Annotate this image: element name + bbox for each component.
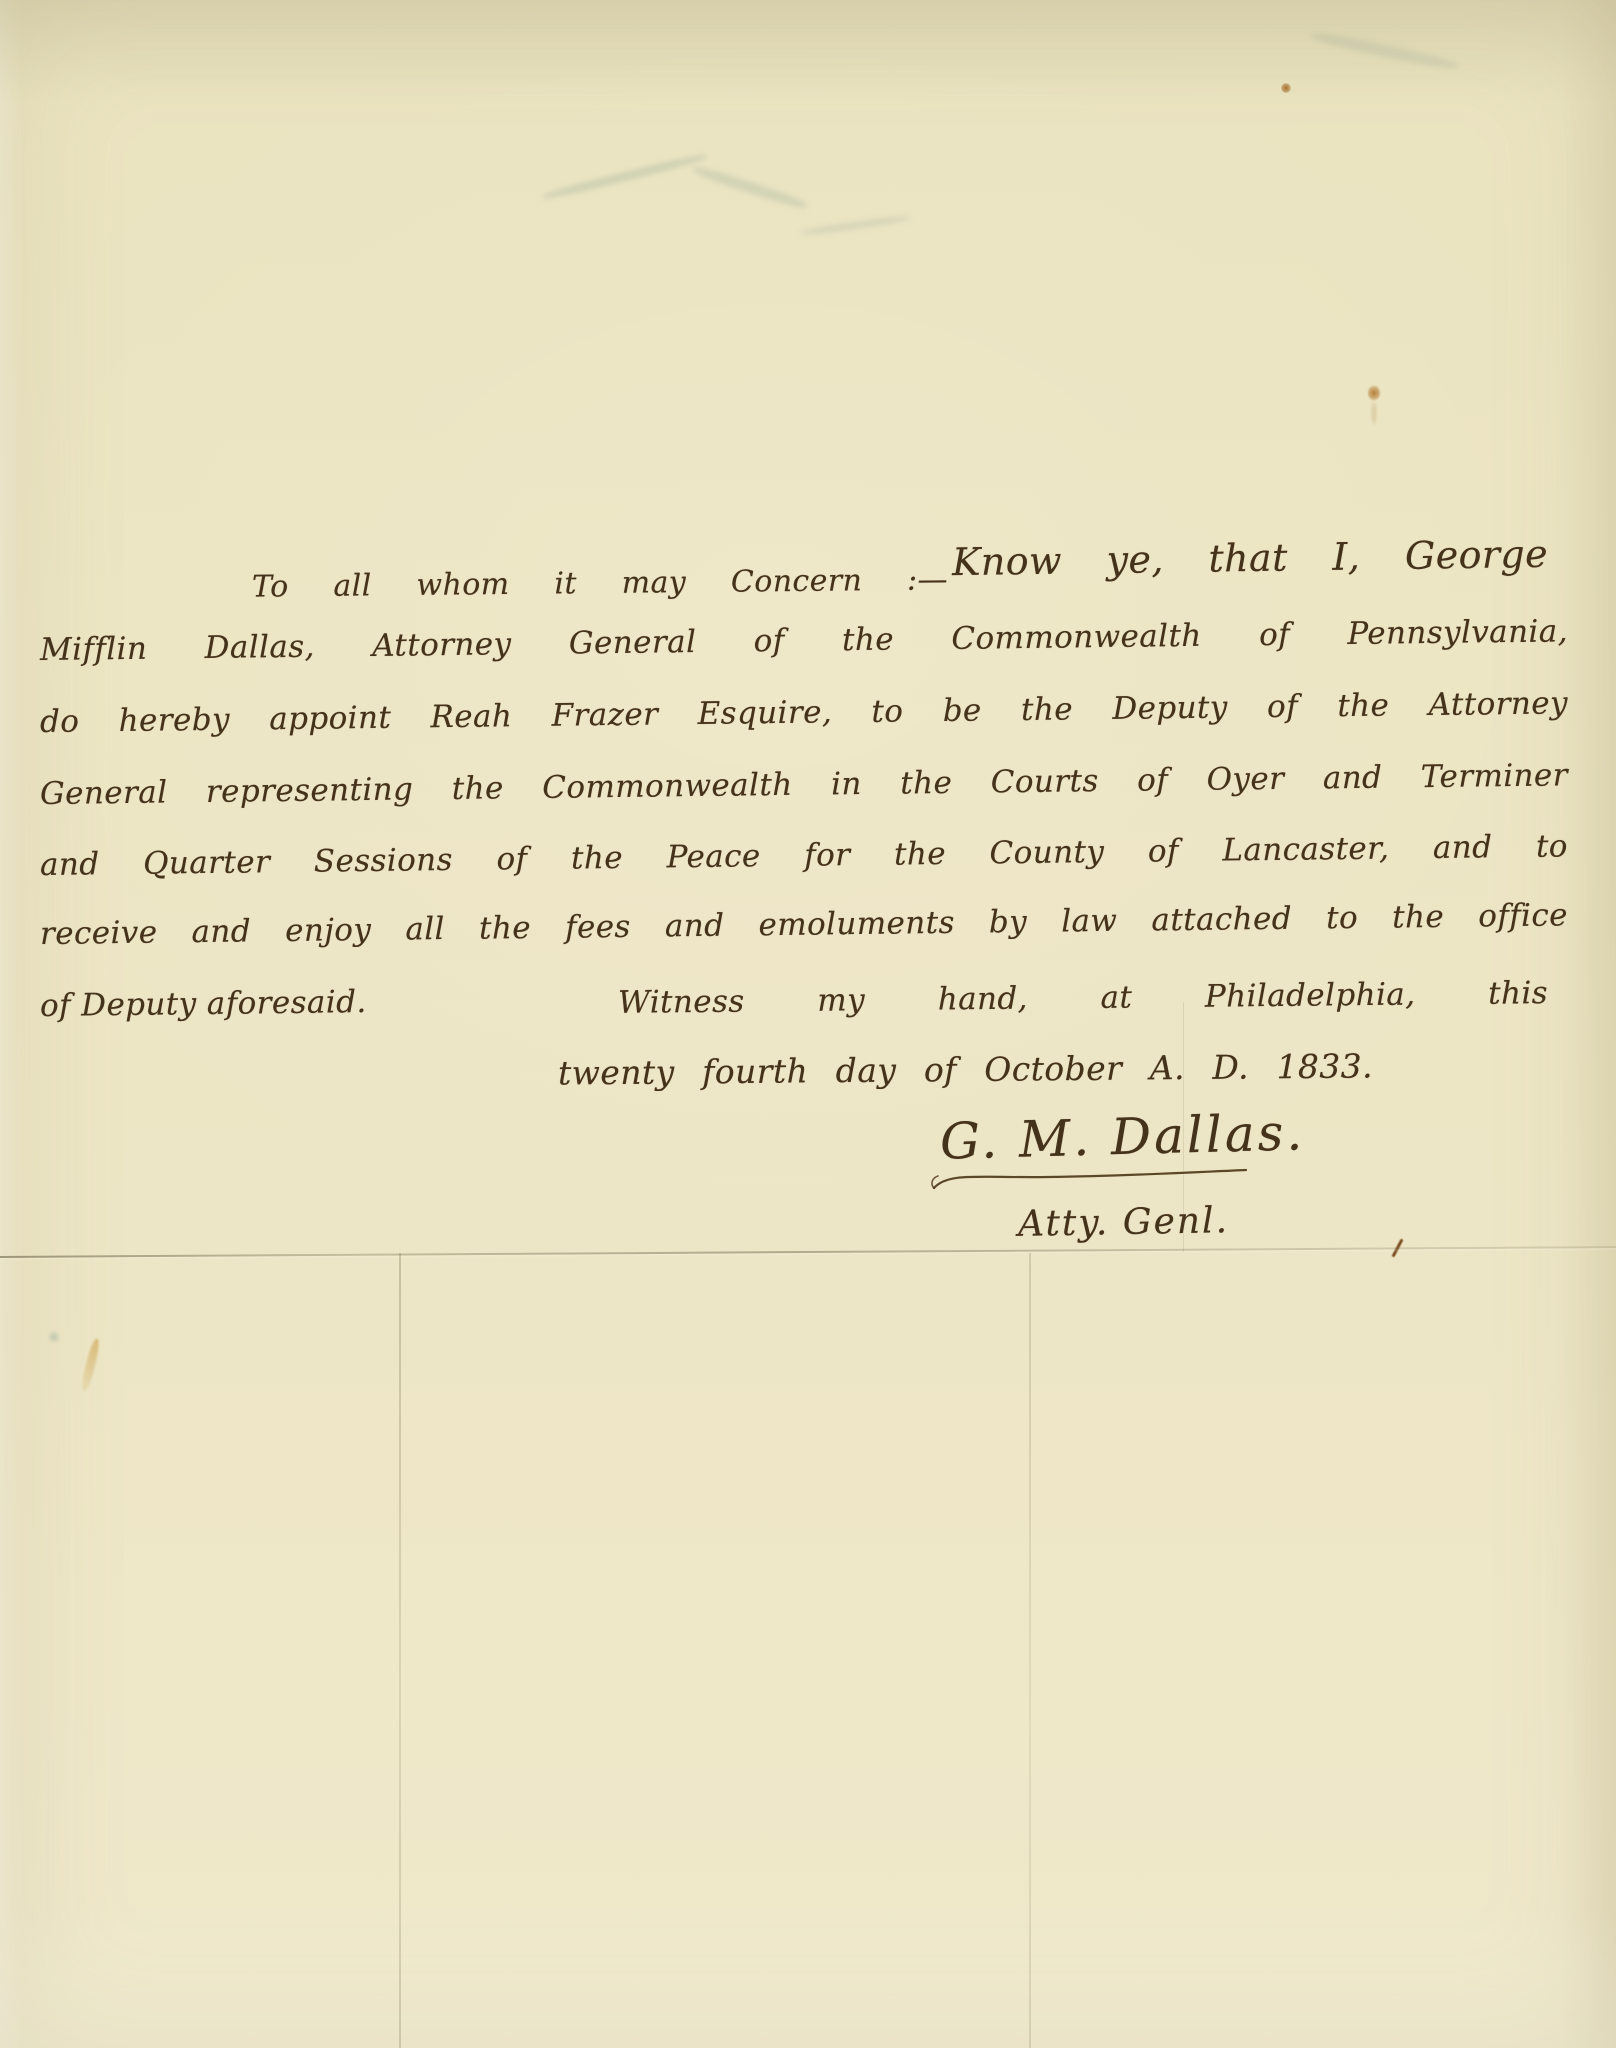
horizontal-fold-crease: [0, 1246, 1616, 1258]
ink-bleedthrough-mark: [1310, 30, 1459, 73]
ink-bleedthrough-mark: [800, 214, 910, 236]
salutation-line: To all whom it may Concern :—: [252, 562, 948, 604]
body-line-5: receive and enjoy all the fees and emolu…: [40, 897, 1568, 952]
foxing-spot: [1368, 385, 1380, 401]
body-line-3: General representing the Commonwealth in…: [40, 757, 1568, 812]
stain-spot: [48, 1330, 60, 1344]
vertical-fold-crease-right: [1029, 1253, 1031, 2048]
scanned-document-page: To all whom it may Concern :— Know ye, t…: [0, 0, 1616, 2048]
signature-flourish-underline: [928, 1158, 1258, 1198]
foxing-spot: [1372, 402, 1376, 424]
ink-bleedthrough-mark: [541, 152, 708, 202]
signature-title: Atty. Genl.: [1018, 1200, 1230, 1245]
body-line-1: Mifflin Dallas, Attorney General of the …: [40, 613, 1568, 668]
witness-line: Witness my hand, at Philadelphia, this: [618, 975, 1548, 1021]
opening-phrase: Know ye, that I, George: [952, 532, 1549, 584]
stain-streak: [80, 1338, 102, 1393]
body-line-4: and Quarter Sessions of the Peace for th…: [40, 828, 1568, 883]
vertical-fold-crease-left: [399, 1253, 401, 2048]
body-line-2: do hereby appoint Reah Frazer Esquire, t…: [40, 685, 1568, 740]
paper-fiber: [1391, 1238, 1403, 1257]
foxing-spot: [1281, 83, 1291, 93]
body-line-6: of Deputy aforesaid.: [40, 984, 367, 1024]
ink-bleedthrough-mark: [691, 164, 809, 212]
date-line: twenty fourth day of October A. D. 1833.: [558, 1046, 1373, 1092]
